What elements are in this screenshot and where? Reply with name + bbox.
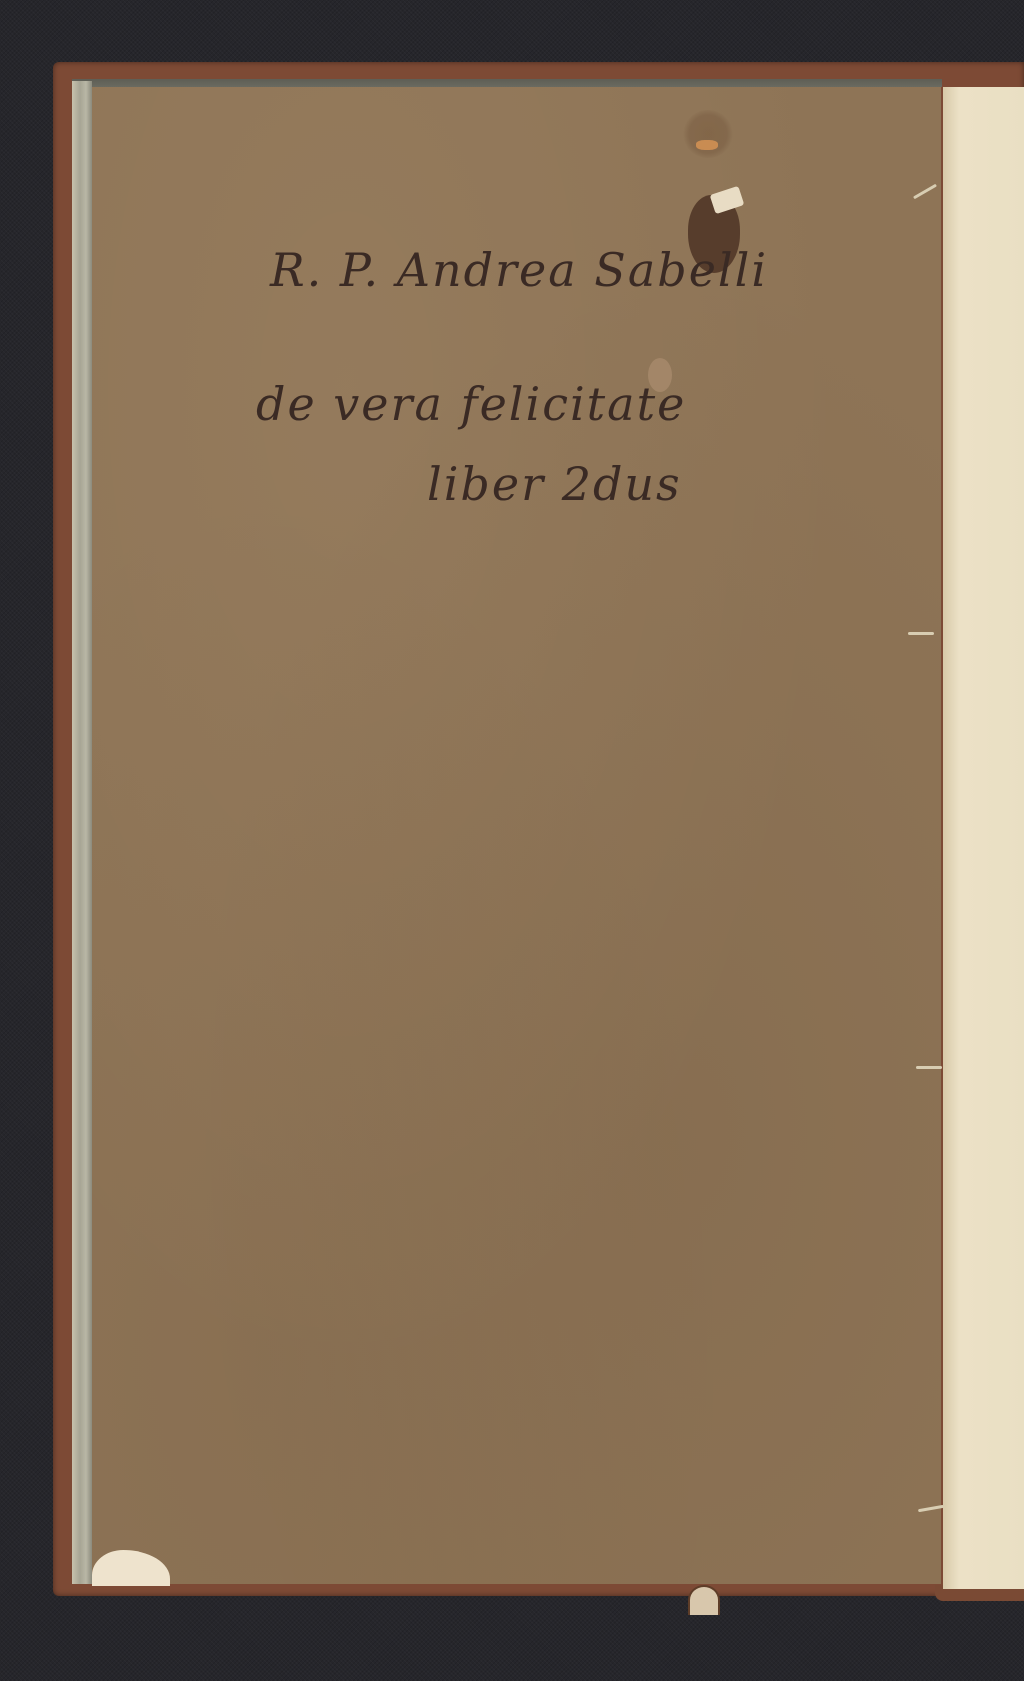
top-page-edge: [72, 79, 942, 87]
stain-bottom-edge: [688, 1585, 720, 1615]
flyleaf-page: [943, 87, 1024, 1589]
inscription-author: R. P. Andrea Sabelli: [270, 243, 768, 297]
page-block-edge: [72, 81, 92, 1584]
inscription-volume: liber 2dus: [427, 457, 682, 511]
inscription-title: de vera felicitate: [256, 377, 686, 431]
binding-thread: [916, 1066, 942, 1069]
handwritten-inscription: R. P. Andrea Sabelli de vera felicitate …: [92, 87, 941, 587]
binding-thread: [908, 632, 934, 635]
